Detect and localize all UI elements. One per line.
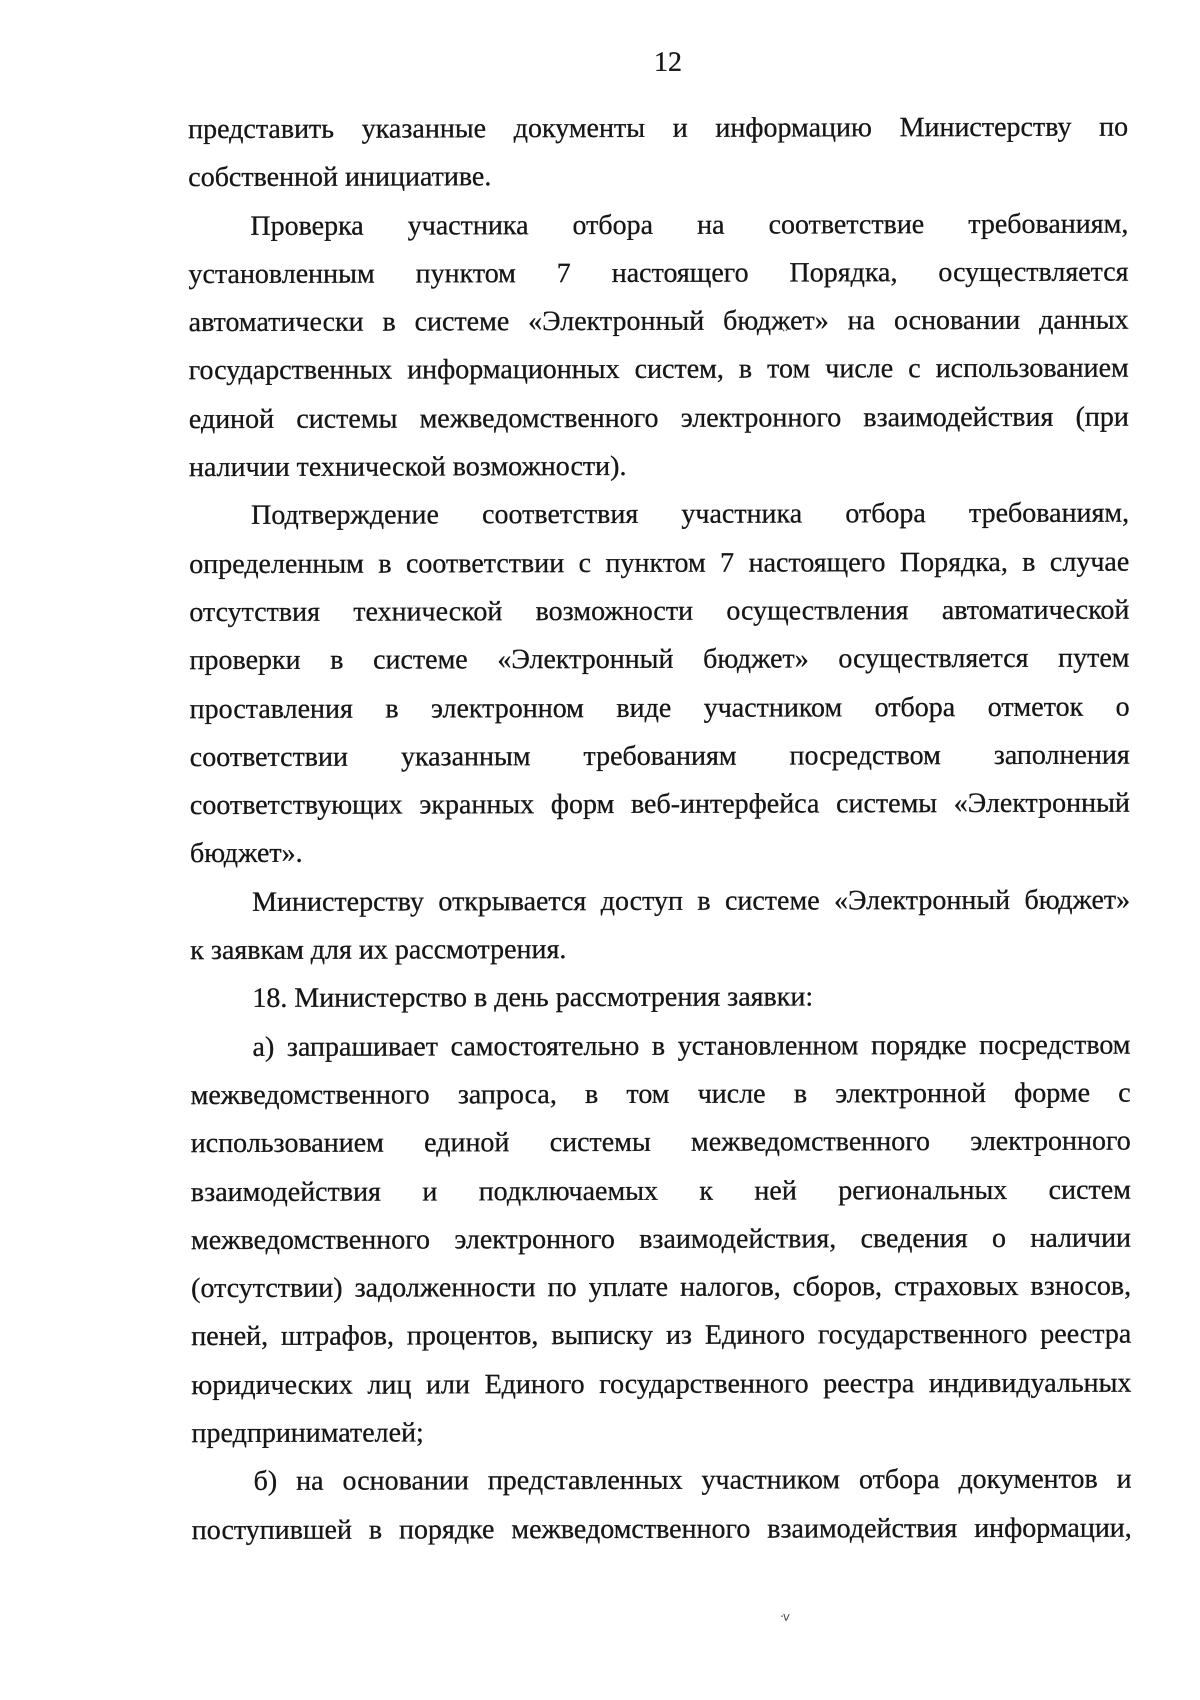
- text-line: юридических лиц или Единого государствен…: [191, 1359, 1131, 1410]
- text-line: пеней, штрафов, процентов, выписку из Ед…: [191, 1311, 1131, 1362]
- text-block: представить указанные документы и информ…: [188, 104, 1132, 1555]
- text-line: бюджет».: [190, 828, 1130, 879]
- text-line: соответствии указанным требованиям посре…: [190, 731, 1130, 782]
- text-line: к заявкам для их рассмотрения.: [190, 925, 1130, 976]
- scan-artifact-speck: ·v: [780, 1611, 790, 1622]
- text-line: установленным пунктом 7 настоящего Поряд…: [188, 249, 1128, 300]
- text-line: Министерству открывается доступ в систем…: [190, 876, 1130, 927]
- paragraph: а) запрашивает самостоятельно в установл…: [190, 1021, 1131, 1458]
- text-line: проверки в системе «Электронный бюджет» …: [189, 635, 1129, 686]
- paragraph: б) на основании представленных участнико…: [192, 1456, 1132, 1555]
- text-line: определенным в соответствии с пунктом 7 …: [189, 538, 1129, 589]
- scan-artifact-speck: ··: [781, 325, 788, 336]
- text-line: представить указанные документы и информ…: [188, 104, 1128, 155]
- text-line: автоматически в системе «Электронный бюд…: [189, 297, 1129, 348]
- text-line: (отсутствии) задолженности по уплате нал…: [191, 1263, 1131, 1314]
- text-line: отсутствия технической возможности осуще…: [189, 587, 1129, 638]
- text-line: взаимодействия и подключаемых к ней реги…: [191, 1166, 1131, 1217]
- text-line: единой системы межведомственного электро…: [189, 393, 1129, 444]
- text-line: проставления в электронном виде участник…: [190, 683, 1130, 734]
- text-line: а) запрашивает самостоятельно в установл…: [190, 1021, 1130, 1072]
- text-line: 18. Министерство в день рассмотрения зая…: [190, 973, 1130, 1024]
- text-line: б) на основании представленных участнико…: [192, 1456, 1132, 1507]
- text-line: собственной инициативе.: [188, 152, 1128, 203]
- paragraph: Подтверждение соответствия участника отб…: [189, 490, 1130, 879]
- text-line: межведомственного запроса, в том числе в…: [191, 1070, 1131, 1121]
- text-line: поступившей в порядке межведомственного …: [192, 1504, 1132, 1555]
- paragraph: 18. Министерство в день рассмотрения зая…: [190, 973, 1130, 1024]
- text-line: Подтверждение соответствия участника отб…: [189, 490, 1129, 541]
- text-line: предпринимателей;: [191, 1408, 1131, 1459]
- scanned-document-page: 12 представить указанные документы и инф…: [0, 0, 1200, 1700]
- text-line: Проверка участника отбора на соответстви…: [188, 200, 1128, 251]
- page-number: 12: [198, 47, 1138, 79]
- paragraph: представить указанные документы и информ…: [188, 104, 1128, 203]
- text-line: межведомственного электронного взаимодей…: [191, 1214, 1131, 1265]
- text-line: наличии технической возможности).: [189, 442, 1129, 493]
- text-line: соответствующих экранных форм веб-интерф…: [190, 780, 1130, 831]
- paragraph: Проверка участника отбора на соответстви…: [188, 200, 1129, 492]
- text-line: государственных информационных систем, в…: [189, 345, 1129, 396]
- paragraph: Министерству открывается доступ в систем…: [190, 876, 1130, 975]
- text-line: использованием единой системы межведомст…: [191, 1118, 1131, 1169]
